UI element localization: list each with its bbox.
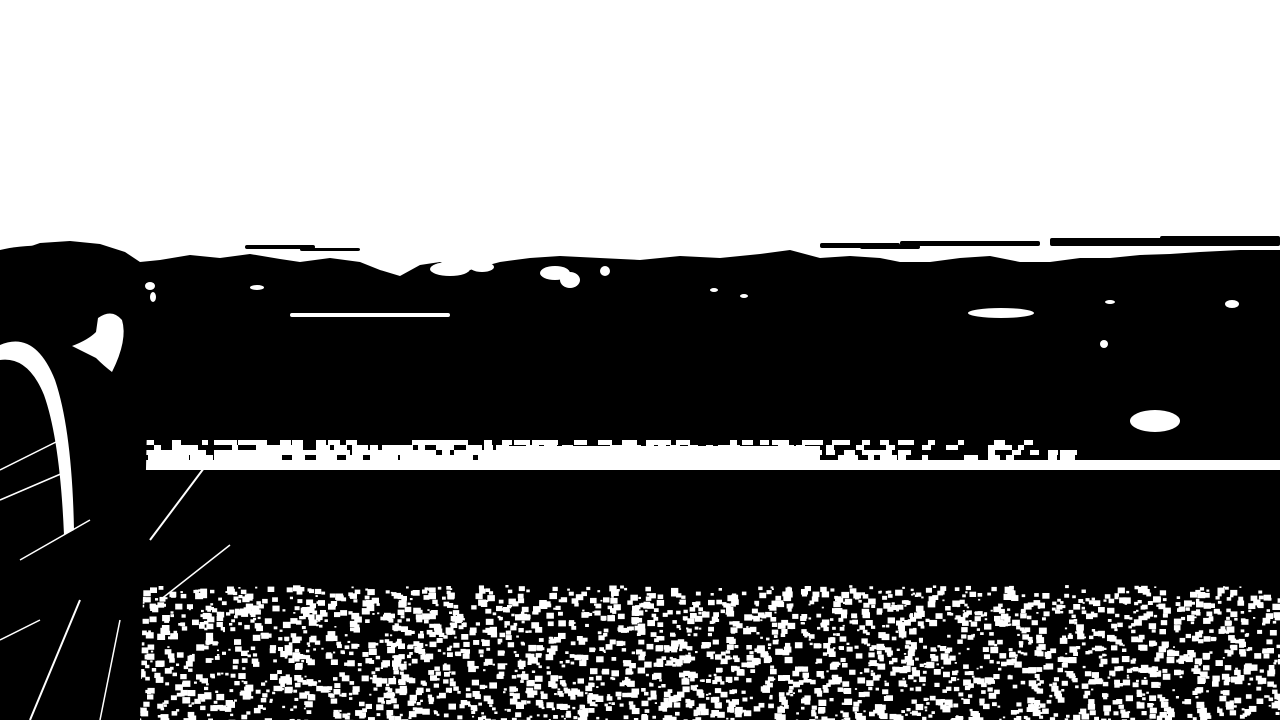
treeline xyxy=(0,241,1280,460)
landscape-photo: High-contrast black-and-white thresholde… xyxy=(0,0,1280,720)
foreground-gravel xyxy=(0,585,1280,720)
dark-water xyxy=(0,470,1280,590)
